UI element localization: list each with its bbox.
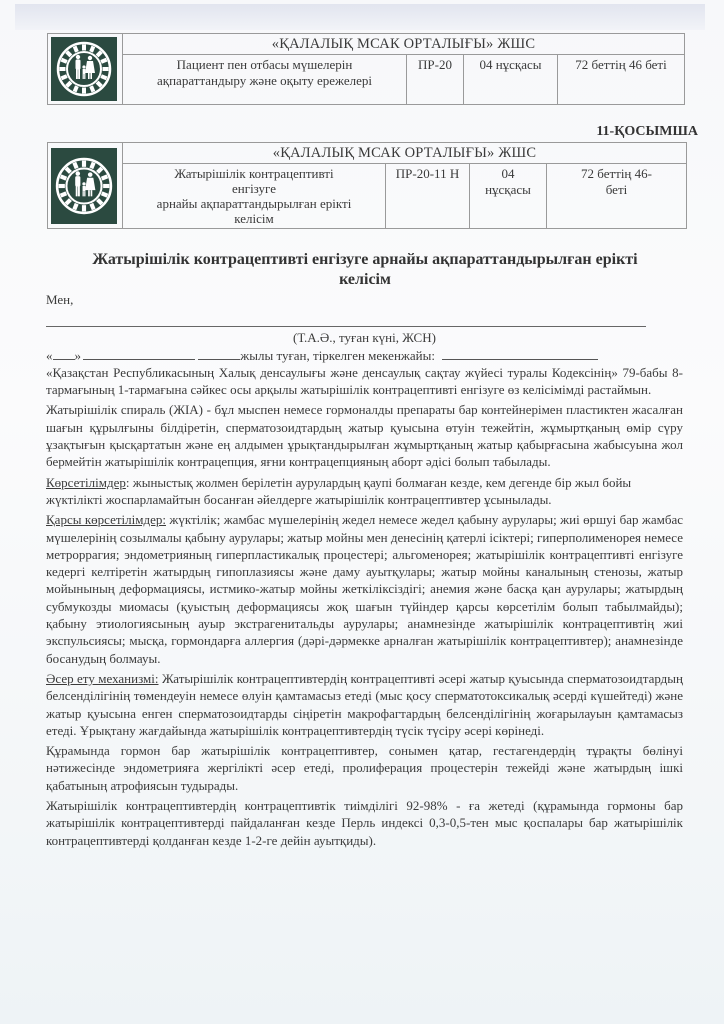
- family-logo-icon: [51, 148, 117, 224]
- contraindications-text: жүктілік; жамбас мүшелерінің жедел немес…: [46, 512, 683, 665]
- efficacy-paragraph: Жатырішілік контрацептивтердің контрацеп…: [46, 797, 683, 849]
- title-line: келісім: [50, 270, 680, 290]
- mechanism-paragraph: Әсер ету механизмі: Жатырішілік контраце…: [46, 670, 683, 739]
- document-name: Жатырішілік контрацептивті енгізуге арна…: [123, 164, 386, 229]
- page-title: Жатырішілік контрацептивті енгізуге арна…: [50, 250, 680, 290]
- document-name-line: Жатырішілік контрацептивті: [127, 166, 381, 181]
- document-name-line: Пациент пен отбасы мүшелерін: [127, 57, 402, 73]
- annex-label: 11-ҚОСЫМША: [596, 124, 698, 140]
- document-page: 72 беттің 46 беті: [558, 55, 685, 105]
- birth-address-row: «» жылы туған, тіркелген мекенжайы:: [46, 347, 683, 364]
- document-name-line: ақпараттандыру және оқыту ережелері: [127, 73, 402, 89]
- logo-cell: [48, 34, 123, 105]
- birth-day-field[interactable]: [53, 347, 75, 360]
- document-header-1: «ҚАЛАЛЫҚ МСАК ОРТАЛЫҒЫ» ЖШС Пациент пен …: [47, 33, 685, 105]
- document-name-line: енгізуге: [127, 181, 381, 196]
- birth-year-field[interactable]: [198, 347, 240, 360]
- consent-form-body: Мен, (Т.А.Ә., туған күні, ЖСН) «» жылы т…: [46, 291, 683, 849]
- contraindications-label: Қарсы көрсетілімдер:: [46, 512, 166, 527]
- document-code: ПР-20-11 Н: [386, 164, 470, 229]
- definition-paragraph: Жатырішілік спираль (ЖІА) - бұл мыспен н…: [46, 401, 683, 470]
- page-line: 72 беттің 46-: [551, 166, 682, 182]
- document-code: ПР-20: [407, 55, 464, 105]
- full-name-field[interactable]: [46, 310, 646, 327]
- consent-paragraph: «Қазақстан Республикасының Халық денсаул…: [46, 364, 683, 399]
- version-line: 04: [474, 166, 542, 182]
- hormone-paragraph: Құрамында гормон бар жатырішілік контрац…: [46, 742, 683, 794]
- document-page: 72 беттің 46- беті: [547, 164, 687, 229]
- page-line: беті: [551, 182, 682, 198]
- indications-text: : жыныстық жолмен берілетін аурулардың қ…: [46, 475, 631, 507]
- contraindications-paragraph: Қарсы көрсетілімдер: жүктілік; жамбас мү…: [46, 511, 683, 667]
- address-field[interactable]: [442, 347, 598, 360]
- mechanism-label: Әсер ету механизмі:: [46, 671, 159, 686]
- birth-month-field[interactable]: [83, 347, 195, 360]
- name-caption: (Т.А.Ә., туған күні, ЖСН): [46, 329, 683, 346]
- indications-paragraph: Көрсетілімдер: жыныстық жолмен берілетін…: [46, 474, 683, 509]
- organization-name: «ҚАЛАЛЫҚ МСАК ОРТАЛЫҒЫ» ЖШС: [123, 143, 687, 164]
- title-line: Жатырішілік контрацептивті енгізуге арна…: [50, 250, 680, 270]
- document-page: «ҚАЛАЛЫҚ МСАК ОРТАЛЫҒЫ» ЖШС Пациент пен …: [0, 0, 724, 1024]
- document-name: Пациент пен отбасы мүшелерін ақпараттанд…: [123, 55, 407, 105]
- i-label: Мен,: [46, 291, 683, 308]
- organization-name: «ҚАЛАЛЫҚ МСАК ОРТАЛЫҒЫ» ЖШС: [123, 34, 685, 55]
- version-line: нұсқасы: [474, 182, 542, 198]
- indications-label: Көрсетілімдер: [46, 475, 126, 490]
- family-logo-icon: [51, 37, 117, 101]
- document-header-2: «ҚАЛАЛЫҚ МСАК ОРТАЛЫҒЫ» ЖШС Жатырішілік …: [47, 142, 687, 229]
- quote-close: »: [75, 348, 82, 363]
- document-name-line: келісім: [127, 211, 381, 226]
- document-version: 04 нұсқасы: [470, 164, 547, 229]
- document-name-line: арнайы ақпараттандырылған ерікті: [127, 196, 381, 211]
- scan-artifact-stripe: [15, 4, 705, 30]
- document-version: 04 нұсқасы: [464, 55, 558, 105]
- logo-cell: [48, 143, 123, 229]
- birth-address-label: жылы туған, тіркелген мекенжайы:: [240, 348, 435, 363]
